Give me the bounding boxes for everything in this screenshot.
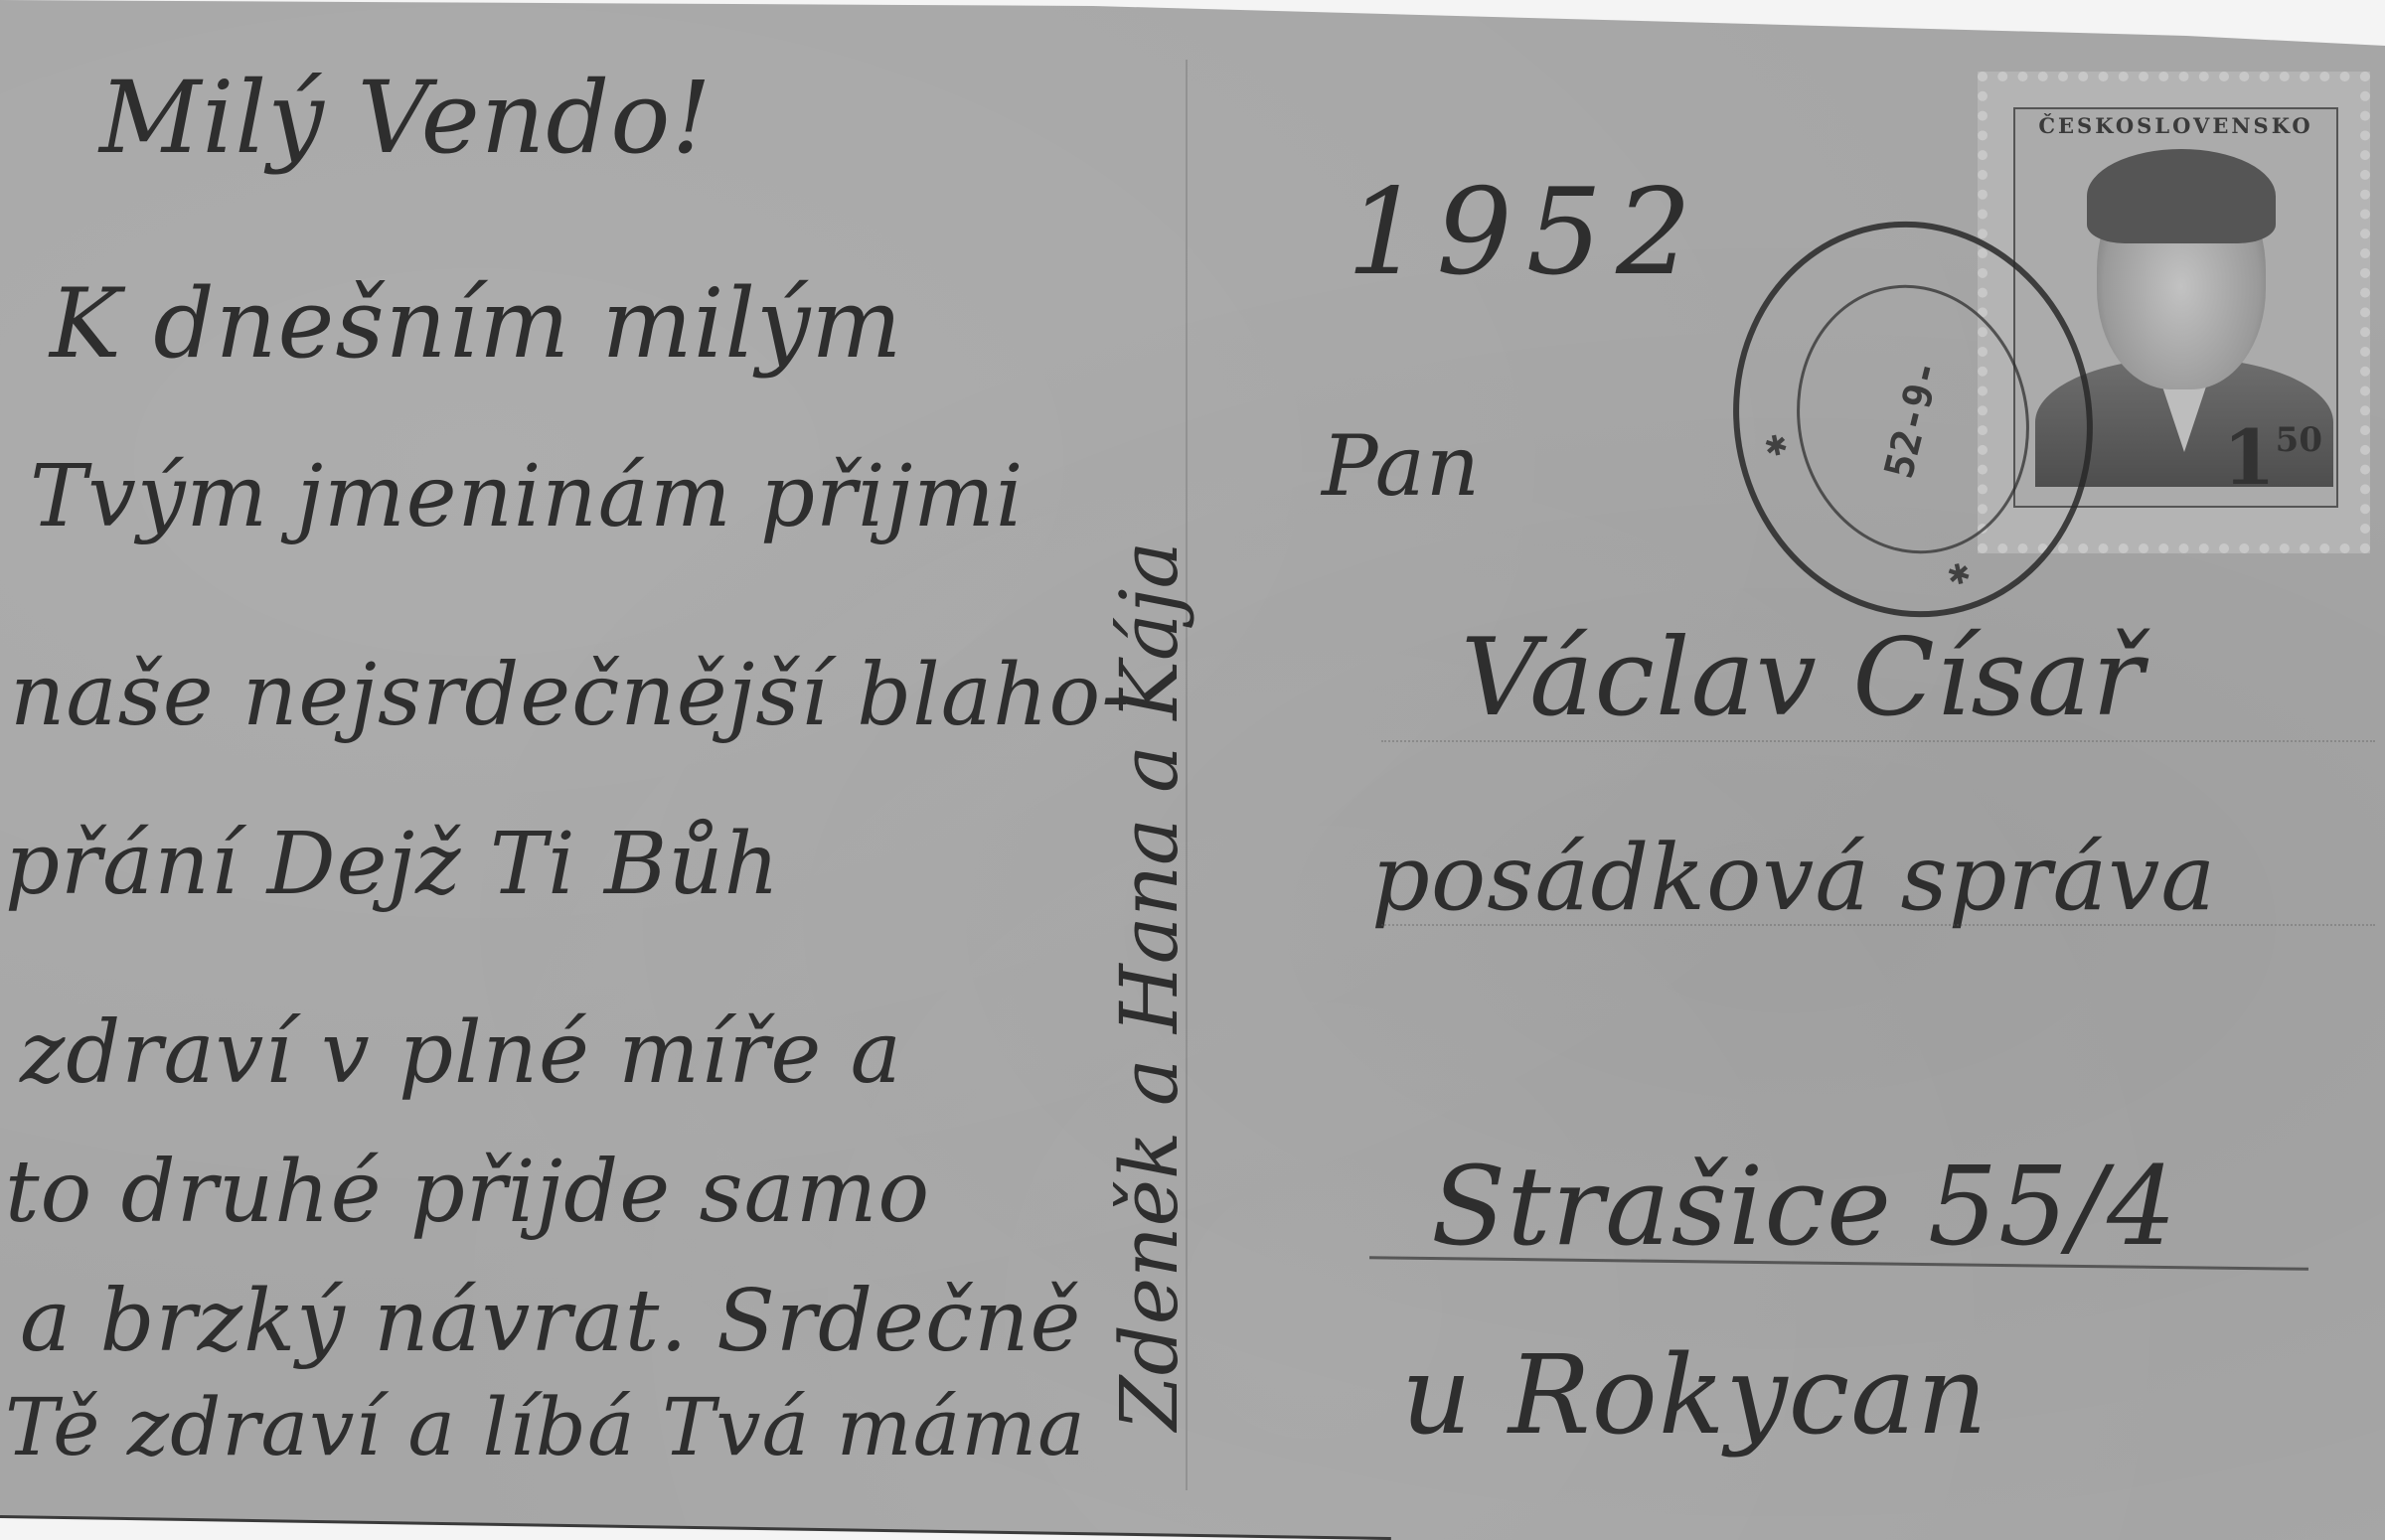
stamp-value: 150 [2223, 420, 2322, 496]
postcard: Milý Vendo! K dnešním milým Tvým jmeniná… [0, 0, 2385, 1540]
stamp-portrait-hair [2087, 149, 2276, 243]
stamp-value-dec: 50 [2276, 420, 2322, 460]
message-line-2: Tvým jmeninám přijmi [30, 447, 1024, 546]
address-salutation: Pan [1322, 417, 1481, 515]
message-line-6: to druhé přijde samo [5, 1143, 930, 1242]
address-line-1: posádková správa [1371, 825, 2216, 931]
message-line-8: Tě zdraví a líbá Tvá máma [5, 1381, 1086, 1473]
margin-note-vertical: Zdeněk a Hana a Kája [1103, 541, 1195, 1431]
address-line-2: Strašice 55/4 [1431, 1143, 2177, 1270]
message-line-5: zdraví v plné míře a [20, 1003, 902, 1103]
address-line-3: u Rokycan [1401, 1331, 1988, 1459]
message-line-1: K dnešním milým [50, 268, 902, 380]
message-line-7: a brzký návrat. Srdečně [20, 1272, 1081, 1371]
message-line-3: naše nejsrdečnější blaho- [10, 646, 1131, 745]
message-line-4: přání Dejž Ti Bůh [5, 815, 780, 914]
stamp-country: ČESKOSLOVENSKO [2015, 113, 2336, 138]
year-note: 1952 [1347, 164, 1705, 302]
address-name: Václav Císař [1461, 616, 2145, 740]
address-guide-line-2 [1381, 924, 2375, 926]
postmark-star-icon: ✱ [1761, 427, 1791, 464]
address-guide-line-1 [1381, 740, 2375, 742]
stamp-value-int: 1 [2223, 413, 2276, 502]
postmark-star-icon: ✱ [1944, 556, 1974, 593]
greeting: Milý Vendo! [99, 60, 713, 176]
